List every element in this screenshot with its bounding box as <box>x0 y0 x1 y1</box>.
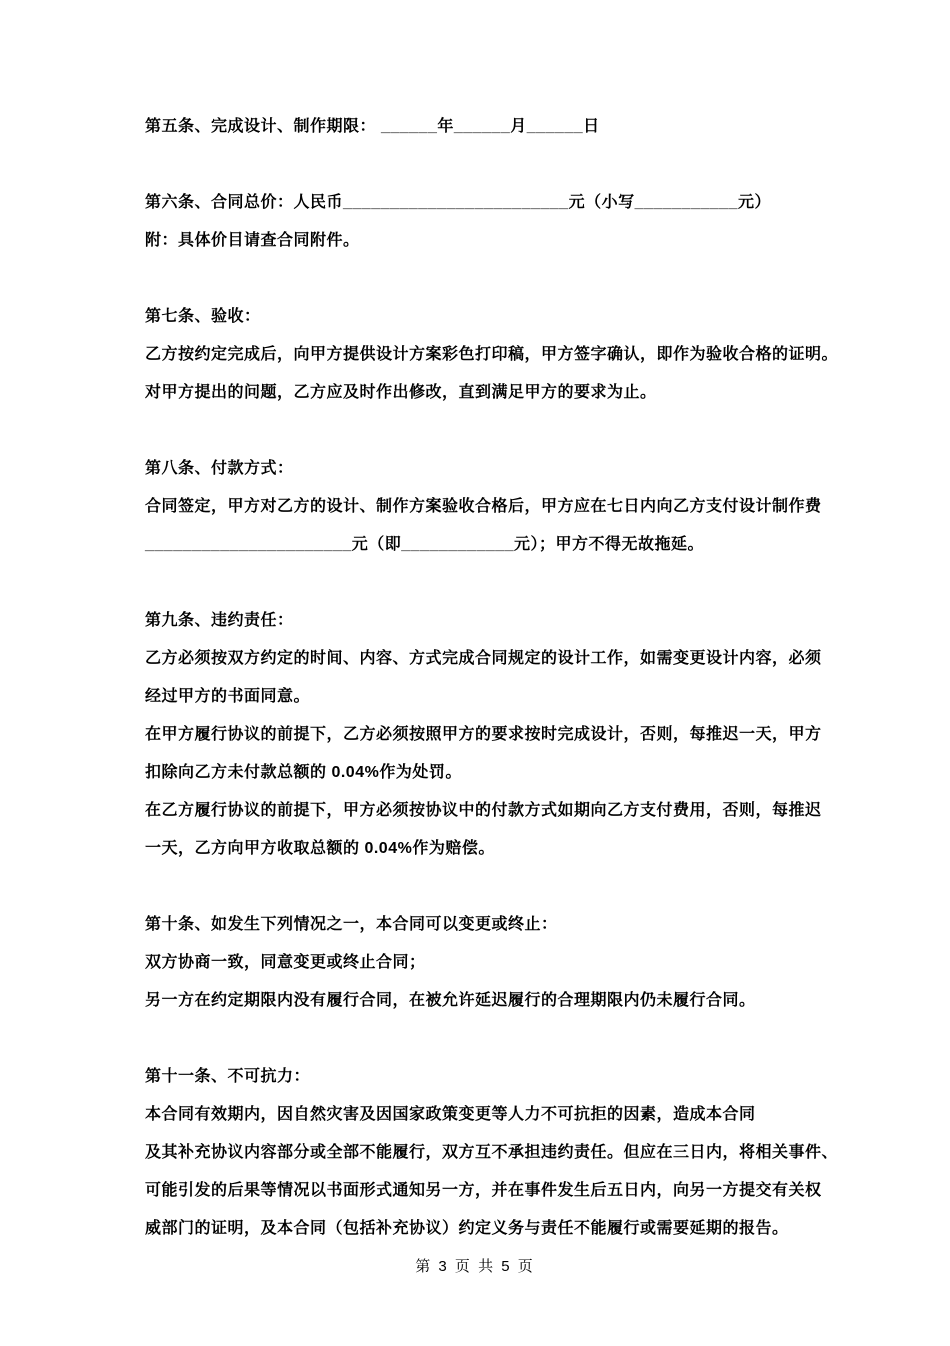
contract-line: 及其补充协议内容部分或全部不能履行，双方互不承担违约责任。但应在三日内，将相关事… <box>145 1134 820 1172</box>
contract-line: 第九条、违约责任： <box>145 602 820 640</box>
blank-line <box>145 260 820 298</box>
contract-line: 第八条、付款方式： <box>145 450 820 488</box>
contract-line: 经过甲方的书面同意。 <box>145 678 820 716</box>
contract-line: 乙方必须按双方约定的时间、内容、方式完成合同规定的设计工作，如需变更设计内容，必… <box>145 640 820 678</box>
contract-line: 第十条、如发生下列情况之一，本合同可以变更或终止： <box>145 906 820 944</box>
contract-line: 可能引发的后果等情况以书面形式通知另一方，并在事件发生后五日内，向另一方提交有关… <box>145 1172 820 1210</box>
blank-line <box>145 412 820 450</box>
contract-line: 第十一条、不可抗力： <box>145 1058 820 1096</box>
contract-line: 合同签定，甲方对乙方的设计、制作方案验收合格后，甲方应在七日内向乙方支付设计制作… <box>145 488 820 526</box>
contract-line: 威部门的证明，及本合同（包括补充协议）约定义务与责任不能履行或需要延期的报告。 <box>145 1210 820 1248</box>
contract-line: 扣除向乙方未付款总额的 0.04%作为处罚。 <box>145 754 820 792</box>
contract-line: 一天，乙方向甲方收取总额的 0.04%作为赔偿。 <box>145 830 820 868</box>
contract-line: 双方协商一致，同意变更或终止合同； <box>145 944 820 982</box>
page-footer: 第 3 页 共 5 页 <box>0 1248 950 1286</box>
contract-line: 在甲方履行协议的前提下，乙方必须按照甲方的要求按时完成设计，否则，每推迟一天，甲… <box>145 716 820 754</box>
contract-line: 第五条、完成设计、制作期限： ______年______月______日 <box>145 108 820 146</box>
contract-body: 第五条、完成设计、制作期限： ______年______月______日第六条、… <box>145 108 820 1248</box>
blank-line <box>145 146 820 184</box>
contract-line: ______________________元（即____________元）；… <box>145 526 820 564</box>
contract-line: 在乙方履行协议的前提下，甲方必须按协议中的付款方式如期向乙方支付费用，否则，每推… <box>145 792 820 830</box>
contract-line: 第七条、验收： <box>145 298 820 336</box>
contract-line: 附：具体价目请查合同附件。 <box>145 222 820 260</box>
contract-line: 另一方在约定期限内没有履行合同，在被允许延迟履行的合理期限内仍未履行合同。 <box>145 982 820 1020</box>
blank-line <box>145 564 820 602</box>
blank-line <box>145 868 820 906</box>
contract-line: 本合同有效期内，因自然灾害及因国家政策变更等人力不可抗拒的因素，造成本合同 <box>145 1096 820 1134</box>
blank-line <box>145 1020 820 1058</box>
contract-line: 对甲方提出的问题，乙方应及时作出修改，直到满足甲方的要求为止。 <box>145 374 820 412</box>
contract-page: 第五条、完成设计、制作期限： ______年______月______日第六条、… <box>0 0 950 1346</box>
contract-line: 乙方按约定完成后，向甲方提供设计方案彩色打印稿，甲方签字确认，即作为验收合格的证… <box>145 336 820 374</box>
contract-line: 第六条、合同总价：人民币________________________元（小写… <box>145 184 820 222</box>
